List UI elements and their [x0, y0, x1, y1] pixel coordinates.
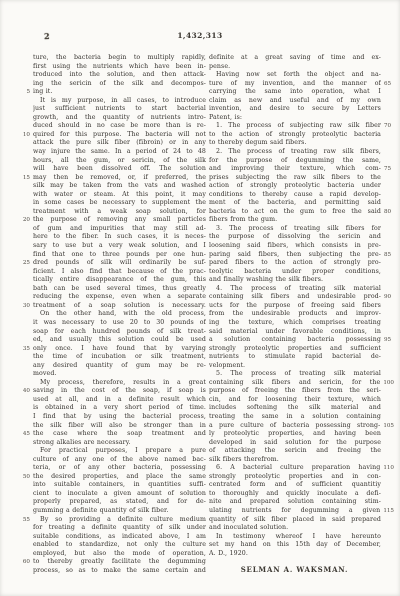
text-line: process, so as to make the same certain … [33, 567, 206, 576]
line-number: 65 [381, 81, 394, 87]
text-line-row: nutrients to stimulate rapid bacterial d… [209, 353, 394, 362]
text-line: My process, therefore, results in a grea… [33, 379, 206, 388]
text-line: quired for this purpose. The bacteria wi… [33, 131, 206, 140]
text-line-row: is obtained in a very short period of ti… [20, 404, 206, 413]
line-number: 80 [381, 209, 394, 215]
text-line-row: cient to inoculate a given amount of sol… [20, 490, 206, 499]
text-line-row: A. D., 1920. [209, 550, 394, 559]
text-line-row: paring said fibers, then subjecting the … [209, 251, 394, 260]
text-line-row: velopment. [209, 362, 394, 371]
text-line: I find that by using the bacterial proce… [33, 413, 206, 422]
text-line: tically entire disappearance of the gum,… [33, 276, 206, 285]
text-line: and finally washing the silk fibers. [209, 276, 381, 285]
line-number: 105 [380, 423, 394, 429]
text-line-row: Patent, is: [209, 114, 394, 123]
text-line-row: 55By so providing a definite culture med… [20, 516, 206, 525]
text-line: treatment with a weak soap solution, for [33, 208, 206, 217]
text-line-row: a pure culture of bacteria possessing st… [209, 422, 394, 431]
text-line-row: ucts for the purpose of freeing said fib… [209, 302, 394, 311]
text-line-row: ficient. I also find that because of the… [20, 268, 206, 277]
text-line-row: 6. A bacterial culture preparation havin… [209, 464, 394, 473]
text-line-row: ing the sericin of the silk and decompos… [20, 80, 206, 89]
text-line-row: any desired quantity of gum may be re- [20, 362, 206, 371]
text-line-row: a solution containing bacteria possessin… [209, 336, 394, 345]
text-line-row: just sufficient nutrients to start bacte… [20, 105, 206, 114]
text-line: only once. I have found that by varying [33, 345, 206, 354]
text-line-row: I find that by using the bacterial proce… [20, 413, 206, 422]
text-line: any desired quantity of gum may be re- [33, 362, 206, 371]
text-line-row: ment of the bacteria, and permitting sai… [209, 199, 394, 208]
text-line: 4. The process of treating silk material [209, 285, 381, 294]
text-line-row: In testimony whereof I have hereunto [209, 533, 394, 542]
text-line-row: find that one to three pounds per one hu… [20, 251, 206, 260]
text-line-row: ture of my invention, and the manner of6… [209, 80, 394, 89]
line-number: 90 [381, 294, 394, 300]
text-line: hours, all the gum, or sericin, of the s… [33, 157, 206, 166]
text-line: ture of my invention, and the manner of [209, 80, 381, 89]
text-line-row: nite and prepared solution containing st… [209, 498, 394, 507]
text-line: here to the fiber. In such cases, it is … [33, 233, 206, 242]
text-line: ucts for the purpose of freeing said fib… [209, 302, 381, 311]
text-line-row: properly prepared, as stated, and for de… [20, 498, 206, 507]
right-column: definite at a great saving of time and e… [209, 54, 394, 575]
text-line-row: 5ing it. [20, 88, 206, 97]
text-line-row: action of strongly proteolytic bacteria … [209, 182, 394, 191]
text-line-row: strongly proteolytic properties and suff… [209, 345, 394, 354]
text-line-row: process, so as to make the same certain … [20, 567, 206, 576]
line-number: 75 [381, 166, 394, 172]
text-line-row: and improving their texture, which com-7… [209, 165, 394, 174]
text-line-row: 40saving in the cost of the soap, if soa… [20, 387, 206, 396]
text-line: to thereby greatly facilitate the degumm… [33, 558, 206, 567]
text-line: will have been dissolved off. The soluti… [33, 165, 206, 174]
text-line: invention, and desire to secure by Lette… [209, 105, 381, 114]
text-line: the time of incubation or silk treatment… [33, 353, 206, 362]
text-line: the purpose of dissolving the sericin an… [209, 233, 381, 242]
text-line: ulating nutrients for degumming a given [209, 507, 380, 516]
text-line-row: 5. The process of treating silk material [209, 370, 394, 379]
text-line-row: moved. [20, 370, 206, 379]
text-line: A. D., 1920. [209, 550, 381, 559]
text-line: the case where the soap treatment and [33, 430, 206, 439]
patent-document-page: 2 1,432,313 ture, the bacteria begin to … [0, 0, 400, 596]
text-line: action of strongly proteolytic bacteria … [209, 182, 381, 191]
line-number: 45 [20, 431, 33, 437]
text-line-row: sary to use but a very weak solution, an… [20, 242, 206, 251]
text-line: ed, and usually this solution could be u… [33, 336, 206, 345]
text-line: for the purpose of degumming the same, [209, 157, 381, 166]
text-line: It is my purpose, in all cases, to intro… [33, 97, 206, 106]
text-line-row: troduced into the solution, and then att… [20, 71, 206, 80]
text-line: used at all, and in a definite result wh… [33, 396, 206, 405]
text-line-row: silk fibers therefrom. [209, 456, 394, 465]
text-line: find that one to three pounds per one hu… [33, 251, 206, 260]
text-line: of gum and impurities that may still ad- [33, 225, 206, 234]
text-line: with water or steam. At this point, it m… [33, 191, 206, 200]
line-number: 20 [20, 217, 33, 223]
text-line: containing silk fibers and undesirable p… [209, 293, 381, 302]
text-line-row: way injure the same. In a period of 24 t… [20, 148, 206, 157]
text-line: reducing the expense, even when a separa… [33, 293, 206, 302]
text-line-row: 45the case where the soap treatment and [20, 430, 206, 439]
text-line-row: containing silk fibers and sericin, for … [209, 379, 394, 388]
line-number: 10 [20, 132, 33, 138]
text-line-row: into suitable containers, in quantities … [20, 481, 206, 490]
text-line-row: the purpose of dissolving the sericin an… [209, 233, 394, 242]
text-line: from the undesirable products and improv… [209, 310, 381, 319]
text-line-row: and inoculated solution. [209, 524, 394, 533]
text-line: strongly proteolytic properties and suff… [209, 345, 381, 354]
text-line-row: hours, all the gum, or sericin, of the s… [20, 157, 206, 166]
text-line: 6. A bacterial culture preparation havin… [209, 464, 380, 473]
left-column: ture, the bacteria begin to multiply rap… [20, 54, 206, 575]
inventor-signature: SELMAN A. WAKSMAN. [209, 565, 394, 574]
text-line-row: pared fibers to the action of strongly p… [209, 259, 394, 268]
text-line-row: includes softening the silk material and [209, 404, 394, 413]
line-number: 35 [20, 346, 33, 352]
text-line-row: soap for each hundred pounds of silk tre… [20, 328, 206, 337]
text-line-row: containing silk fibers and undesirable p… [209, 293, 394, 302]
text-line-row: first using the nutrients which have bee… [20, 63, 206, 72]
text-line-row: attack the pure silk fiber (fibroin) or … [20, 139, 206, 148]
text-line: set my hand on this 15th day of December… [209, 541, 381, 550]
text-line-row: teria, or of any other bacteria, possess… [20, 464, 206, 473]
text-line-row: claim as new and useful and of my own [209, 97, 394, 106]
text-line-row: set my hand on this 15th day of December… [209, 541, 394, 550]
text-line: and improving their texture, which com- [209, 165, 381, 174]
text-line-row: invention, and desire to secure by Lette… [209, 105, 394, 114]
text-line-row: of gum and impurities that may still ad- [20, 225, 206, 234]
text-line-row: culture of any one of the above named ba… [20, 456, 206, 465]
text-line-row: teolytic bacteria under proper condition… [209, 268, 394, 277]
text-line: silk may be taken from the vats and wash… [33, 182, 206, 191]
text-line-row: ulating nutrients for degumming a given1… [209, 507, 394, 516]
text-line: may then be removed, or, if preferred, t… [33, 174, 206, 183]
text-line-row: to thoroughly and quickly inoculate a de… [209, 490, 394, 499]
line-number: 60 [20, 559, 33, 565]
text-line-row: conditions to thereby cause a rapid deve… [209, 191, 394, 200]
text-line-row: fibers from the gum. [209, 216, 394, 225]
text-line-row: of attacking the sericin and freeing the [209, 447, 394, 456]
text-line: saving in the cost of the soap, if soap … [33, 387, 206, 396]
text-line: loosening said fibers, which consists in… [209, 242, 381, 251]
right-column-lines: definite at a great saving of time and e… [209, 54, 394, 558]
text-line-row: employed, but also the mode of operation… [20, 550, 206, 559]
text-line: employed, but also the mode of operation… [33, 550, 206, 559]
text-line: treatment of a soap solution is necessar… [33, 302, 206, 311]
line-number: 100 [380, 380, 394, 386]
text-line: Patent, is: [209, 114, 381, 123]
text-line: quantity of silk fiber placed in said pr… [209, 516, 381, 525]
text-line-row: duced should in no case be more than is … [20, 122, 206, 131]
text-line: just sufficient nutrients to start bacte… [33, 105, 206, 114]
text-line: a pure culture of bacteria possessing st… [209, 422, 380, 431]
text-line: ture, the bacteria begin to multiply rap… [33, 54, 206, 63]
text-line: for treating a definite quantity of silk… [33, 524, 206, 533]
line-number: 40 [20, 388, 33, 394]
text-line: growth, and the quantity of nutrients in… [33, 114, 206, 123]
text-line: way injure the same. In a period of 24 t… [33, 148, 206, 157]
text-line: it was necessary to use 20 to 30 pounds … [33, 319, 206, 328]
text-line: velopment. [209, 362, 381, 371]
text-line: carrying the same into operation, what I [209, 88, 381, 97]
text-line-row: bacteria to act on the gum to free the s… [209, 208, 394, 217]
text-line: fibers from the gum. [209, 216, 381, 225]
text-line: ing it. [33, 88, 206, 97]
text-line-row: It is my purpose, in all cases, to intro… [20, 97, 206, 106]
text-line: ment of the bacteria, and permitting sai… [209, 199, 381, 208]
text-line: first using the nutrients which have bee… [33, 63, 206, 72]
line-number: 110 [380, 465, 394, 471]
text-line: In testimony whereof I have hereunto [209, 533, 381, 542]
line-number: 5 [20, 89, 33, 95]
text-line-row: carrying the same into operation, what I [209, 88, 394, 97]
text-line-row: the time of incubation or silk treatment… [20, 353, 206, 362]
text-line-row: gumming a definite quantity of silk fibe… [20, 507, 206, 516]
text-line-row: in some cases be necessary to supplement… [20, 199, 206, 208]
text-line: a solution containing bacteria possessin… [209, 336, 381, 345]
text-line: purpose of freeing the fibers from the s… [209, 387, 381, 396]
text-line-row: said material under favorable conditions… [209, 328, 394, 337]
text-line-row: for the purpose of degumming the same, [209, 157, 394, 166]
text-line-row: Having now set forth the object and na- [209, 71, 394, 80]
text-line: nutrients to stimulate rapid bacterial d… [209, 353, 381, 362]
text-line: ing the sericin of the silk and decompos… [33, 80, 206, 89]
line-number: 55 [20, 517, 33, 523]
text-line: in some cases be necessary to supplement… [33, 199, 206, 208]
text-line: to thoroughly and quickly inoculate a de… [209, 490, 381, 499]
text-line-row: here to the fiber. In such cases, it is … [20, 233, 206, 242]
text-line-row: definite at a great saving of time and e… [209, 54, 394, 63]
text-line: said material under favorable conditions… [209, 328, 381, 337]
text-line: suitable conditions, as indicated above,… [33, 533, 206, 542]
text-line: strong alkalies are necessary. [33, 439, 206, 448]
text-line: conditions to thereby cause a rapid deve… [209, 191, 381, 200]
line-number: 50 [20, 474, 33, 480]
text-line: nite and prepared solution containing st… [209, 498, 381, 507]
text-line-row: ly proteolytic properties, and having be… [209, 430, 394, 439]
text-line-row: 2. The process of treating raw silk fibe… [209, 148, 394, 157]
text-line-row: will have been dissolved off. The soluti… [20, 165, 206, 174]
text-line: ficient. I also find that because of the… [33, 268, 206, 277]
text-line: includes softening the silk material and [209, 404, 381, 413]
text-line-row: 50the desired properties, and place the … [20, 473, 206, 482]
text-line-row: used at all, and in a definite result wh… [20, 396, 206, 405]
text-line-row: 1. The process of subjecting raw silk fi… [209, 122, 394, 131]
text-line-row: to the action of strongly proteolytic ba… [209, 131, 394, 140]
text-line: definite at a great saving of time and e… [209, 54, 381, 63]
line-number: 25 [20, 260, 33, 266]
text-line: troduced into the solution, and then att… [33, 71, 206, 80]
text-line: teolytic bacteria under proper condition… [209, 268, 381, 277]
text-line-row: the silk fiber will also be stronger tha… [20, 422, 206, 431]
text-line-row: quantity of silk fiber placed in said pr… [209, 516, 394, 525]
text-line: gumming a definite quantity of silk fibe… [33, 507, 206, 516]
text-line: containing silk fibers and sericin, for … [209, 379, 380, 388]
text-line-row: For practical purposes, I prepare a pure [20, 447, 206, 456]
text-line: 2. The process of treating raw silk fibe… [209, 148, 381, 157]
page-header: 2 1,432,313 [0, 31, 400, 43]
line-number: 30 [20, 303, 33, 309]
text-line-row: ing the texture, which comprises treatin… [209, 319, 394, 328]
text-line-row: prises subjecting the raw silk fibers to… [209, 174, 394, 183]
text-line-row: 15may then be removed, or, if preferred,… [20, 174, 206, 183]
text-line-row: enabled to standardize, not only the cul… [20, 541, 206, 550]
text-line-row: reducing the expense, even when a separa… [20, 293, 206, 302]
text-line: ing the texture, which comprises treatin… [209, 319, 381, 328]
text-line: centrated form and of sufficient quantit… [209, 481, 381, 490]
text-line-row: My process, therefore, results in a grea… [20, 379, 206, 388]
text-line-row: loosening said fibers, which consists in… [209, 242, 394, 251]
text-line-row: 25dred pounds of silk will ordinarily be… [20, 259, 206, 268]
text-line-row: from the undesirable products and improv… [209, 310, 394, 319]
text-line-row: with water or steam. At this point, it m… [20, 191, 206, 200]
text-line-row: cin, and for loosening their texture, wh… [209, 396, 394, 405]
text-line-row: 30treatment of a soap solution is necess… [20, 302, 206, 311]
text-line: cient to inoculate a given amount of sol… [33, 490, 206, 499]
text-line-row: strong alkalies are necessary. [20, 439, 206, 448]
text-line-row: 10quired for this purpose. The bacteria … [20, 131, 206, 140]
text-line: treating the same in a solution containi… [209, 413, 381, 422]
text-line: 3. The process of treating silk fibers f… [209, 225, 381, 234]
text-line: the purpose of removing any small partic… [33, 216, 206, 225]
text-line: strongly proteolytic properties and in c… [209, 473, 381, 482]
text-line: into suitable containers, in quantities … [33, 481, 206, 490]
text-line-row: 60to thereby greatly facilitate the degu… [20, 558, 206, 567]
text-line-row: tically entire disappearance of the gum,… [20, 276, 206, 285]
text-line: to thereby degum said fibers. [209, 139, 381, 148]
text-line: the desired properties, and place the sa… [33, 473, 206, 482]
text-line: Having now set forth the object and na- [209, 71, 381, 80]
text-line: cin, and for loosening their texture, wh… [209, 396, 381, 405]
text-line: dred pounds of silk will ordinarily be s… [33, 259, 206, 268]
text-line: On the other hand, with the old process, [33, 310, 206, 319]
text-line-row: purpose of freeing the fibers from the s… [209, 387, 394, 396]
text-line: properly prepared, as stated, and for de… [33, 498, 206, 507]
text-line: is obtained in a very short period of ti… [33, 404, 206, 413]
text-line: pared fibers to the action of strongly p… [209, 259, 381, 268]
line-number: 95 [381, 337, 394, 343]
text-line-row: strongly proteolytic properties and in c… [209, 473, 394, 482]
text-line: the silk fiber will also be stronger tha… [33, 422, 206, 431]
text-line: By so providing a definite culture mediu… [33, 516, 206, 525]
text-line: pense. [209, 63, 381, 72]
text-line: to the action of strongly proteolytic ba… [209, 131, 381, 140]
text-columns: ture, the bacteria begin to multiply rap… [20, 54, 394, 575]
line-number: 70 [381, 123, 394, 129]
text-line-row: to thereby degum said fibers. [209, 139, 394, 148]
text-line: soap for each hundred pounds of silk tre… [33, 328, 206, 337]
text-line: paring said fibers, then subjecting the … [209, 251, 381, 260]
text-line: attack the pure silk fiber (fibroin) or … [33, 139, 206, 148]
text-line: developed in said solution for the purpo… [209, 439, 381, 448]
text-line-row: ed, and usually this solution could be u… [20, 336, 206, 345]
text-line: enabled to standardize, not only the cul… [33, 541, 206, 550]
text-line: teria, or of any other bacteria, possess… [33, 464, 206, 473]
text-line-row: silk may be taken from the vats and wash… [20, 182, 206, 191]
text-line-row: it was necessary to use 20 to 30 pounds … [20, 319, 206, 328]
text-line: duced should in no case be more than is … [33, 122, 206, 131]
text-line-row: 35only once. I have found that by varyin… [20, 345, 206, 354]
text-line-row: for treating a definite quantity of silk… [20, 524, 206, 533]
line-number: 85 [381, 252, 394, 258]
line-number: 15 [20, 175, 33, 181]
text-line-row: and finally washing the silk fibers. [209, 276, 394, 285]
text-line-row: On the other hand, with the old process, [20, 310, 206, 319]
text-line-row: ture, the bacteria begin to multiply rap… [20, 54, 206, 63]
text-line-row: 3. The process of treating silk fibers f… [209, 225, 394, 234]
text-line-row: 4. The process of treating silk material [209, 285, 394, 294]
text-line-row: pense. [209, 63, 394, 72]
text-line: For practical purposes, I prepare a pure [33, 447, 206, 456]
text-line: of attacking the sericin and freeing the [209, 447, 381, 456]
text-line: ly proteolytic properties, and having be… [209, 430, 381, 439]
patent-number: 1,432,313 [0, 31, 400, 40]
text-line: bacteria to act on the gum to free the s… [209, 208, 381, 217]
text-line: 5. The process of treating silk material [209, 370, 381, 379]
text-line-row: suitable conditions, as indicated above,… [20, 533, 206, 542]
text-line: culture of any one of the above named ba… [33, 456, 206, 465]
text-line-row: growth, and the quantity of nutrients in… [20, 114, 206, 123]
text-line-row: bath can be used several times, thus gre… [20, 285, 206, 294]
text-line-row: treating the same in a solution containi… [209, 413, 394, 422]
text-line: moved. [33, 370, 206, 379]
text-line: bath can be used several times, thus gre… [33, 285, 206, 294]
text-line-row: developed in said solution for the purpo… [209, 439, 394, 448]
text-line: 1. The process of subjecting raw silk fi… [209, 122, 381, 131]
line-number: 115 [380, 508, 394, 514]
text-line: silk fibers therefrom. [209, 456, 381, 465]
text-line-row: centrated form and of sufficient quantit… [209, 481, 394, 490]
text-line-row: 20the purpose of removing any small part… [20, 216, 206, 225]
text-line-row: treatment with a weak soap solution, for [20, 208, 206, 217]
text-line: and inoculated solution. [209, 524, 381, 533]
text-line: prises subjecting the raw silk fibers to… [209, 174, 381, 183]
text-line: claim as new and useful and of my own [209, 97, 381, 106]
text-line: sary to use but a very weak solution, an… [33, 242, 206, 251]
